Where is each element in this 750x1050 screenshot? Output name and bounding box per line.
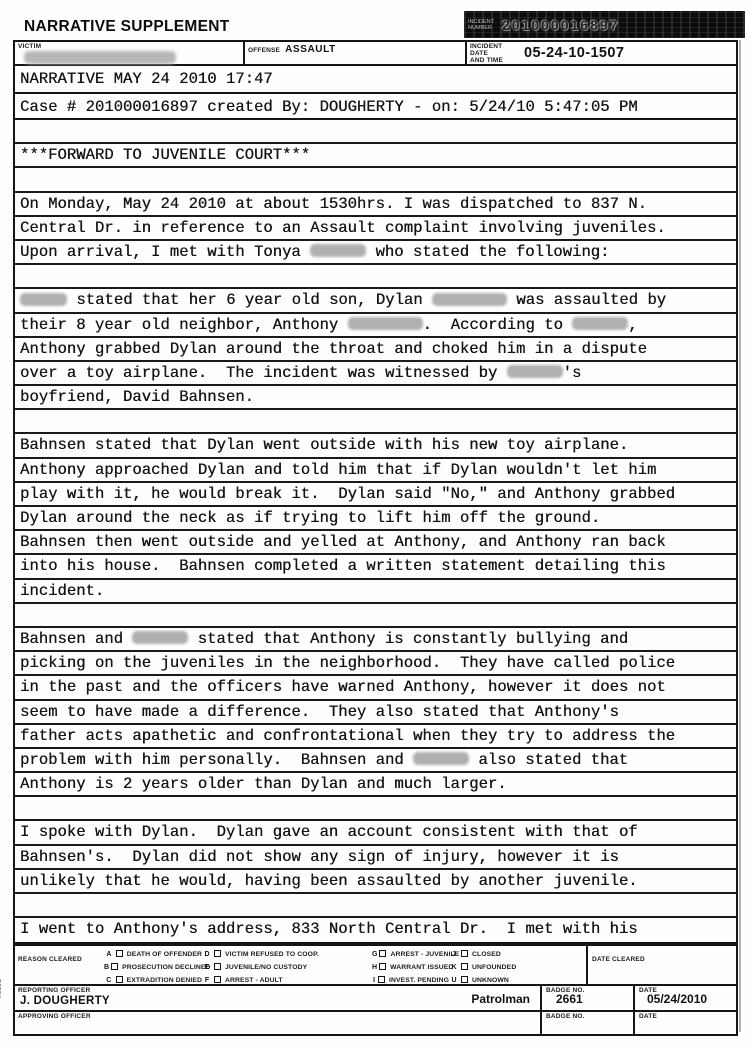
narrative-line: On Monday, May 24 2010 at about 1530hrs.… xyxy=(15,193,736,217)
redaction xyxy=(507,365,563,378)
reason-column: GARREST - JUVENILEHWARRANT ISSUEDIINVEST… xyxy=(372,946,449,984)
victim-cell: VICTIM xyxy=(15,42,243,64)
narrative-line xyxy=(15,265,736,289)
checkbox-icon xyxy=(116,976,123,983)
reason-code: H xyxy=(372,964,377,971)
narrative-line: play with it, he would break it. Dylan s… xyxy=(15,483,736,507)
badge-cell: BADGE NO. 2661 xyxy=(540,986,633,1010)
reason-option: DVICTIM REFUSED TO COOP. xyxy=(202,948,372,961)
approving-date-label: DATE xyxy=(639,1013,657,1020)
reason-option: KUNFOUNDED xyxy=(449,961,586,974)
narrative-line: ***FORWARD TO JUVENILE COURT*** xyxy=(15,144,736,168)
offense-value: ASSAULT xyxy=(285,44,336,55)
narrative-line xyxy=(15,894,736,918)
narrative-line: in the past and the officers have warned… xyxy=(15,676,736,700)
reason-column: JCLOSEDKUNFOUNDEDUUNKNOWN xyxy=(449,946,586,984)
reason-option: EJUVENILE/NO CUSTODY xyxy=(202,961,372,974)
narrative-supplement-form: NARRATIVE SUPPLEMENT INCIDENT NUMBER 201… xyxy=(13,10,738,1036)
reason-cleared-label: REASON CLEARED xyxy=(18,956,82,963)
narrative-line: Anthony grabbed Dylan around the throat … xyxy=(15,338,736,362)
checkbox-icon xyxy=(214,950,221,957)
approving-officer-label: APPROVING OFFICER xyxy=(18,1013,91,1020)
narrative-line: seem to have made a difference. They als… xyxy=(15,701,736,725)
narrative-line: Bahnsen and stated that Anthony is const… xyxy=(15,628,736,652)
case-created-line: Case # 201000016897 created By: DOUGHERT… xyxy=(15,92,736,118)
narrative-line xyxy=(15,168,736,192)
redaction xyxy=(20,293,67,306)
reason-option: GARREST - JUVENILE xyxy=(372,948,449,961)
date-cleared-cell: DATE CLEARED xyxy=(586,946,736,984)
officer-rank: Patrolman xyxy=(471,992,530,1006)
scan-edge-line xyxy=(739,40,741,1032)
reason-code: A xyxy=(104,951,114,958)
reason-code: G xyxy=(372,951,377,958)
incident-number-label: INCIDENT NUMBER xyxy=(468,19,502,31)
narrative-header-line: NARRATIVE MAY 24 2010 17:47 xyxy=(15,66,736,92)
reason-code: J xyxy=(449,951,459,958)
reason-label: INVEST. PENDING xyxy=(389,977,449,984)
narrative-line: Bahnsen then went outside and yelled at … xyxy=(15,531,736,555)
checkbox-icon xyxy=(116,950,123,957)
reason-option: BPROSECUTION DECLINED xyxy=(104,961,202,974)
victim-label: VICTIM xyxy=(18,43,41,50)
narrative-line: Bahnsen's. Dylan did not show any sign o… xyxy=(15,846,736,870)
reason-cleared-box: REASON CLEARED ADEATH OF OFFENDERBPROSEC… xyxy=(13,944,738,986)
reason-option: ADEATH OF OFFENDER xyxy=(104,948,202,961)
incident-number-bar: INCIDENT NUMBER 201000016897 xyxy=(464,11,745,38)
reason-label: DEATH OF OFFENDER xyxy=(127,951,202,958)
checkbox-icon xyxy=(461,950,468,957)
checkbox-icon xyxy=(379,963,386,970)
reason-code: B xyxy=(104,964,109,971)
offense-cell: OFFENSE ASSAULT xyxy=(243,42,465,64)
narrative-line: Anthony approached Dylan and told him th… xyxy=(15,459,736,483)
reason-option: JCLOSED xyxy=(449,948,586,961)
header-fields-row: VICTIM OFFENSE ASSAULT INCIDENT DATE AND… xyxy=(13,40,738,66)
reason-code: D xyxy=(202,951,212,958)
narrative-line: Dylan around the neck as if trying to li… xyxy=(15,507,736,531)
reason-label: PROSECUTION DECLINED xyxy=(122,964,210,971)
reason-label: JUVENILE/NO CUSTODY xyxy=(225,964,307,971)
narrative-line: Central Dr. in reference to an Assault c… xyxy=(15,217,736,241)
redaction xyxy=(348,317,423,330)
reason-label: CLOSED xyxy=(472,951,501,958)
incident-date-label: INCIDENT DATE AND TIME xyxy=(470,43,516,64)
narrative-line: Bahnsen stated that Dylan went outside w… xyxy=(15,434,736,458)
narrative-line: picking on the juveniles in the neighbor… xyxy=(15,652,736,676)
narrative-line: unlikely that he would, having been assa… xyxy=(15,870,736,894)
checkbox-icon xyxy=(214,976,221,983)
reporting-officer-row: REPORTING OFFICER J. DOUGHERTY Patrolman… xyxy=(13,986,738,1012)
approving-badge-label: BADGE NO. xyxy=(546,1013,585,1020)
redaction xyxy=(132,631,188,644)
narrative-line: boyfriend, David Bahnsen. xyxy=(15,386,736,410)
reason-options: ADEATH OF OFFENDERBPROSECUTION DECLINEDC… xyxy=(104,946,586,984)
form-title: NARRATIVE SUPPLEMENT xyxy=(24,18,230,36)
document-page: NARRATIVE SUPPLEMENT INCIDENT NUMBER 201… xyxy=(0,0,750,1050)
reason-column: DVICTIM REFUSED TO COOP.EJUVENILE/NO CUS… xyxy=(202,946,372,984)
narrative-lines: ***FORWARD TO JUVENILE COURT***On Monday… xyxy=(13,120,738,944)
reason-code: C xyxy=(104,977,114,984)
form-code: 4/0593 xyxy=(0,979,3,1000)
reason-code: U xyxy=(449,977,459,984)
narrative-line: over a toy airplane. The incident was wi… xyxy=(15,362,736,386)
reason-label: UNFOUNDED xyxy=(472,964,516,971)
checkbox-icon xyxy=(214,963,221,970)
reason-label: WARRANT ISSUED xyxy=(390,964,453,971)
reason-label: VICTIM REFUSED TO COOP. xyxy=(225,951,319,958)
narrative-line: I spoke with Dylan. Dylan gave an accoun… xyxy=(15,821,736,845)
narrative-line: their 8 year old neighbor, Anthony . Acc… xyxy=(15,314,736,338)
narrative-line: Upon arrival, I met with Tonya who state… xyxy=(15,241,736,265)
victim-redaction xyxy=(24,51,176,64)
narrative-line xyxy=(15,604,736,628)
narrative-line: father acts apathetic and confrontationa… xyxy=(15,725,736,749)
checkbox-icon xyxy=(378,976,385,983)
redaction xyxy=(432,293,507,306)
approving-officer-row: APPROVING OFFICER BADGE NO. DATE xyxy=(13,1012,738,1036)
reason-code: E xyxy=(202,964,212,971)
redaction xyxy=(310,244,366,257)
narrative-line: stated that her 6 year old son, Dylan wa… xyxy=(15,289,736,313)
narrative-line xyxy=(15,410,736,434)
narrative-line xyxy=(15,120,736,144)
date-cleared-label: DATE CLEARED xyxy=(592,956,645,963)
narrative-line: incident. xyxy=(15,580,736,604)
reason-label: ARREST - ADULT xyxy=(225,977,283,984)
narrative-line: into his house. Bahnsen completed a writ… xyxy=(15,555,736,579)
reporting-officer-name: J. DOUGHERTY xyxy=(20,995,110,1007)
reason-label: UNKNOWN xyxy=(472,977,509,984)
date-cell: DATE 05/24/2010 xyxy=(633,986,736,1010)
reporting-officer-label: REPORTING OFFICER xyxy=(18,987,90,994)
reason-column: ADEATH OF OFFENDERBPROSECUTION DECLINEDC… xyxy=(104,946,202,984)
checkbox-icon xyxy=(379,950,386,957)
meta-rows: NARRATIVE MAY 24 2010 17:47 Case # 20100… xyxy=(13,66,738,120)
incident-date-value: 05-24-10-1507 xyxy=(524,45,624,61)
reason-code: I xyxy=(372,977,376,984)
reason-label: EXTRADITION DENIED xyxy=(127,977,202,984)
incident-number-value: 201000016897 xyxy=(502,17,619,33)
redaction xyxy=(572,317,628,330)
reason-code: F xyxy=(202,977,212,984)
reason-code: K xyxy=(449,964,459,971)
title-band: NARRATIVE SUPPLEMENT INCIDENT NUMBER 201… xyxy=(13,10,738,40)
checkbox-icon xyxy=(461,976,468,983)
approving-badge-cell: BADGE NO. xyxy=(540,1012,633,1034)
checkbox-icon xyxy=(461,963,468,970)
narrative-line: problem with him personally. Bahnsen and… xyxy=(15,749,736,773)
reason-option: HWARRANT ISSUED xyxy=(372,961,449,974)
incident-date-cell: INCIDENT DATE AND TIME 05-24-10-1507 xyxy=(465,42,736,64)
badge-value: 2661 xyxy=(556,992,583,1006)
narrative-line: Anthony is 2 years older than Dylan and … xyxy=(15,773,736,797)
narrative-line xyxy=(15,797,736,821)
redaction xyxy=(413,752,469,765)
date-value: 05/24/2010 xyxy=(647,992,707,1006)
offense-label: OFFENSE xyxy=(248,47,280,54)
approving-date-cell: DATE xyxy=(633,1012,736,1034)
narrative-line: I went to Anthony's address, 833 North C… xyxy=(15,918,736,942)
checkbox-icon xyxy=(111,963,118,970)
